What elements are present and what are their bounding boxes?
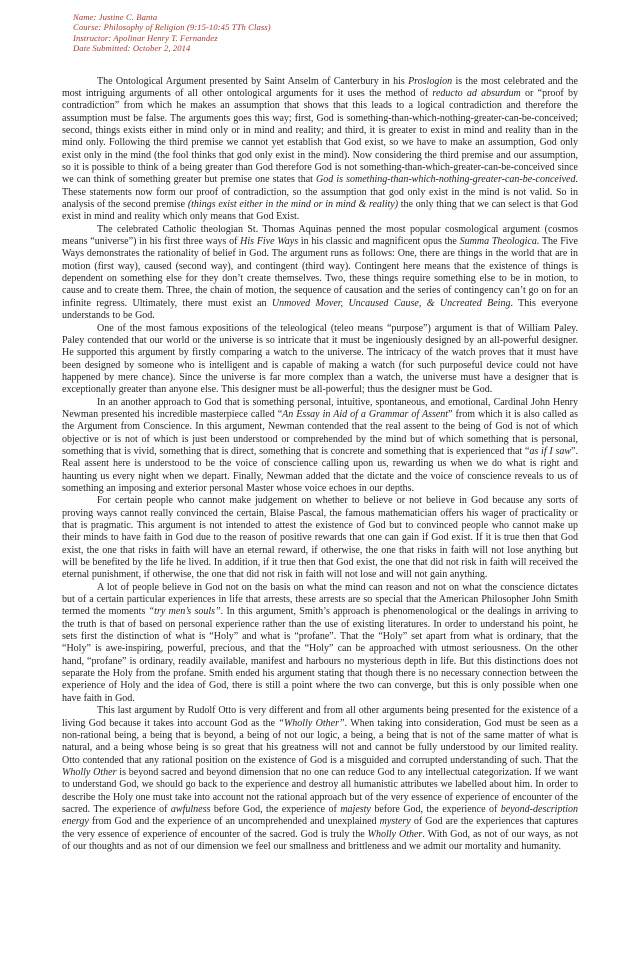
- italic-text-run: His Five Ways: [240, 236, 298, 247]
- italic-text-run: “try men’s souls”: [149, 606, 221, 617]
- document-header: Name: Justine C. Banta Course: Philosoph…: [73, 12, 578, 54]
- italic-text-run: An Essay in Aid of a Grammar of Assent: [282, 409, 448, 420]
- italic-text-run: mystery: [380, 816, 411, 827]
- essay-paragraph: The Ontological Argument presented by Sa…: [62, 76, 578, 224]
- italic-text-run: Wholly Other: [62, 767, 116, 778]
- header-line-instructor: Instructor: Apolinar Henry T. Fernandez: [73, 33, 578, 43]
- text-run: before God, the experience of: [210, 804, 340, 815]
- italic-text-run: reducto ad absurdum: [432, 88, 520, 99]
- header-line-date: Date Submitted: October 2, 2014: [73, 43, 578, 53]
- text-run: For certain people who cannot make judge…: [62, 495, 578, 580]
- italic-text-run: God is something-than-which-nothing-grea…: [316, 174, 578, 185]
- essay-paragraph: For certain people who cannot make judge…: [62, 495, 578, 581]
- header-line-course: Course: Philosophy of Religion (9:15-10:…: [73, 22, 578, 32]
- italic-text-run: Unmoved Mover, Uncaused Cause, & Uncreat…: [272, 298, 511, 309]
- italic-text-run: awfulness: [171, 804, 210, 815]
- text-run: before God, the experience of: [371, 804, 501, 815]
- text-run: The Ontological Argument presented by Sa…: [97, 76, 408, 87]
- italic-text-run: Proslogion: [408, 76, 452, 87]
- italic-text-run: Wholly Other: [368, 829, 423, 840]
- italic-text-run: “Wholly Other”: [278, 718, 344, 729]
- italic-text-run: majesty: [340, 804, 371, 815]
- essay-paragraph: One of the most famous expositions of th…: [62, 323, 578, 397]
- italic-text-run: Summa Theologica.: [460, 236, 540, 247]
- header-line-name: Name: Justine C. Banta: [73, 12, 578, 22]
- text-run: or “proof by contradiction” from which h…: [62, 88, 578, 185]
- text-run: in his classic and magnificent opus the: [298, 236, 460, 247]
- text-run: One of the most famous expositions of th…: [62, 323, 578, 396]
- text-run: . In this argument, Smith’s approach is …: [62, 606, 578, 703]
- text-run: from God and the experience of an uncomp…: [89, 816, 380, 827]
- essay-paragraph: In an another approach to God that is so…: [62, 397, 578, 496]
- essay-body: The Ontological Argument presented by Sa…: [62, 76, 578, 854]
- essay-paragraph: A lot of people believe in God not on th…: [62, 582, 578, 705]
- essay-paragraph: This last argument by Rudolf Otto is ver…: [62, 705, 578, 853]
- italic-text-run: as if I saw: [529, 446, 571, 457]
- essay-document-page: Name: Justine C. Banta Course: Philosoph…: [0, 0, 638, 976]
- essay-paragraph: The celebrated Catholic theologian St. T…: [62, 224, 578, 323]
- italic-text-run: (things exist either in the mind or in m…: [188, 199, 398, 210]
